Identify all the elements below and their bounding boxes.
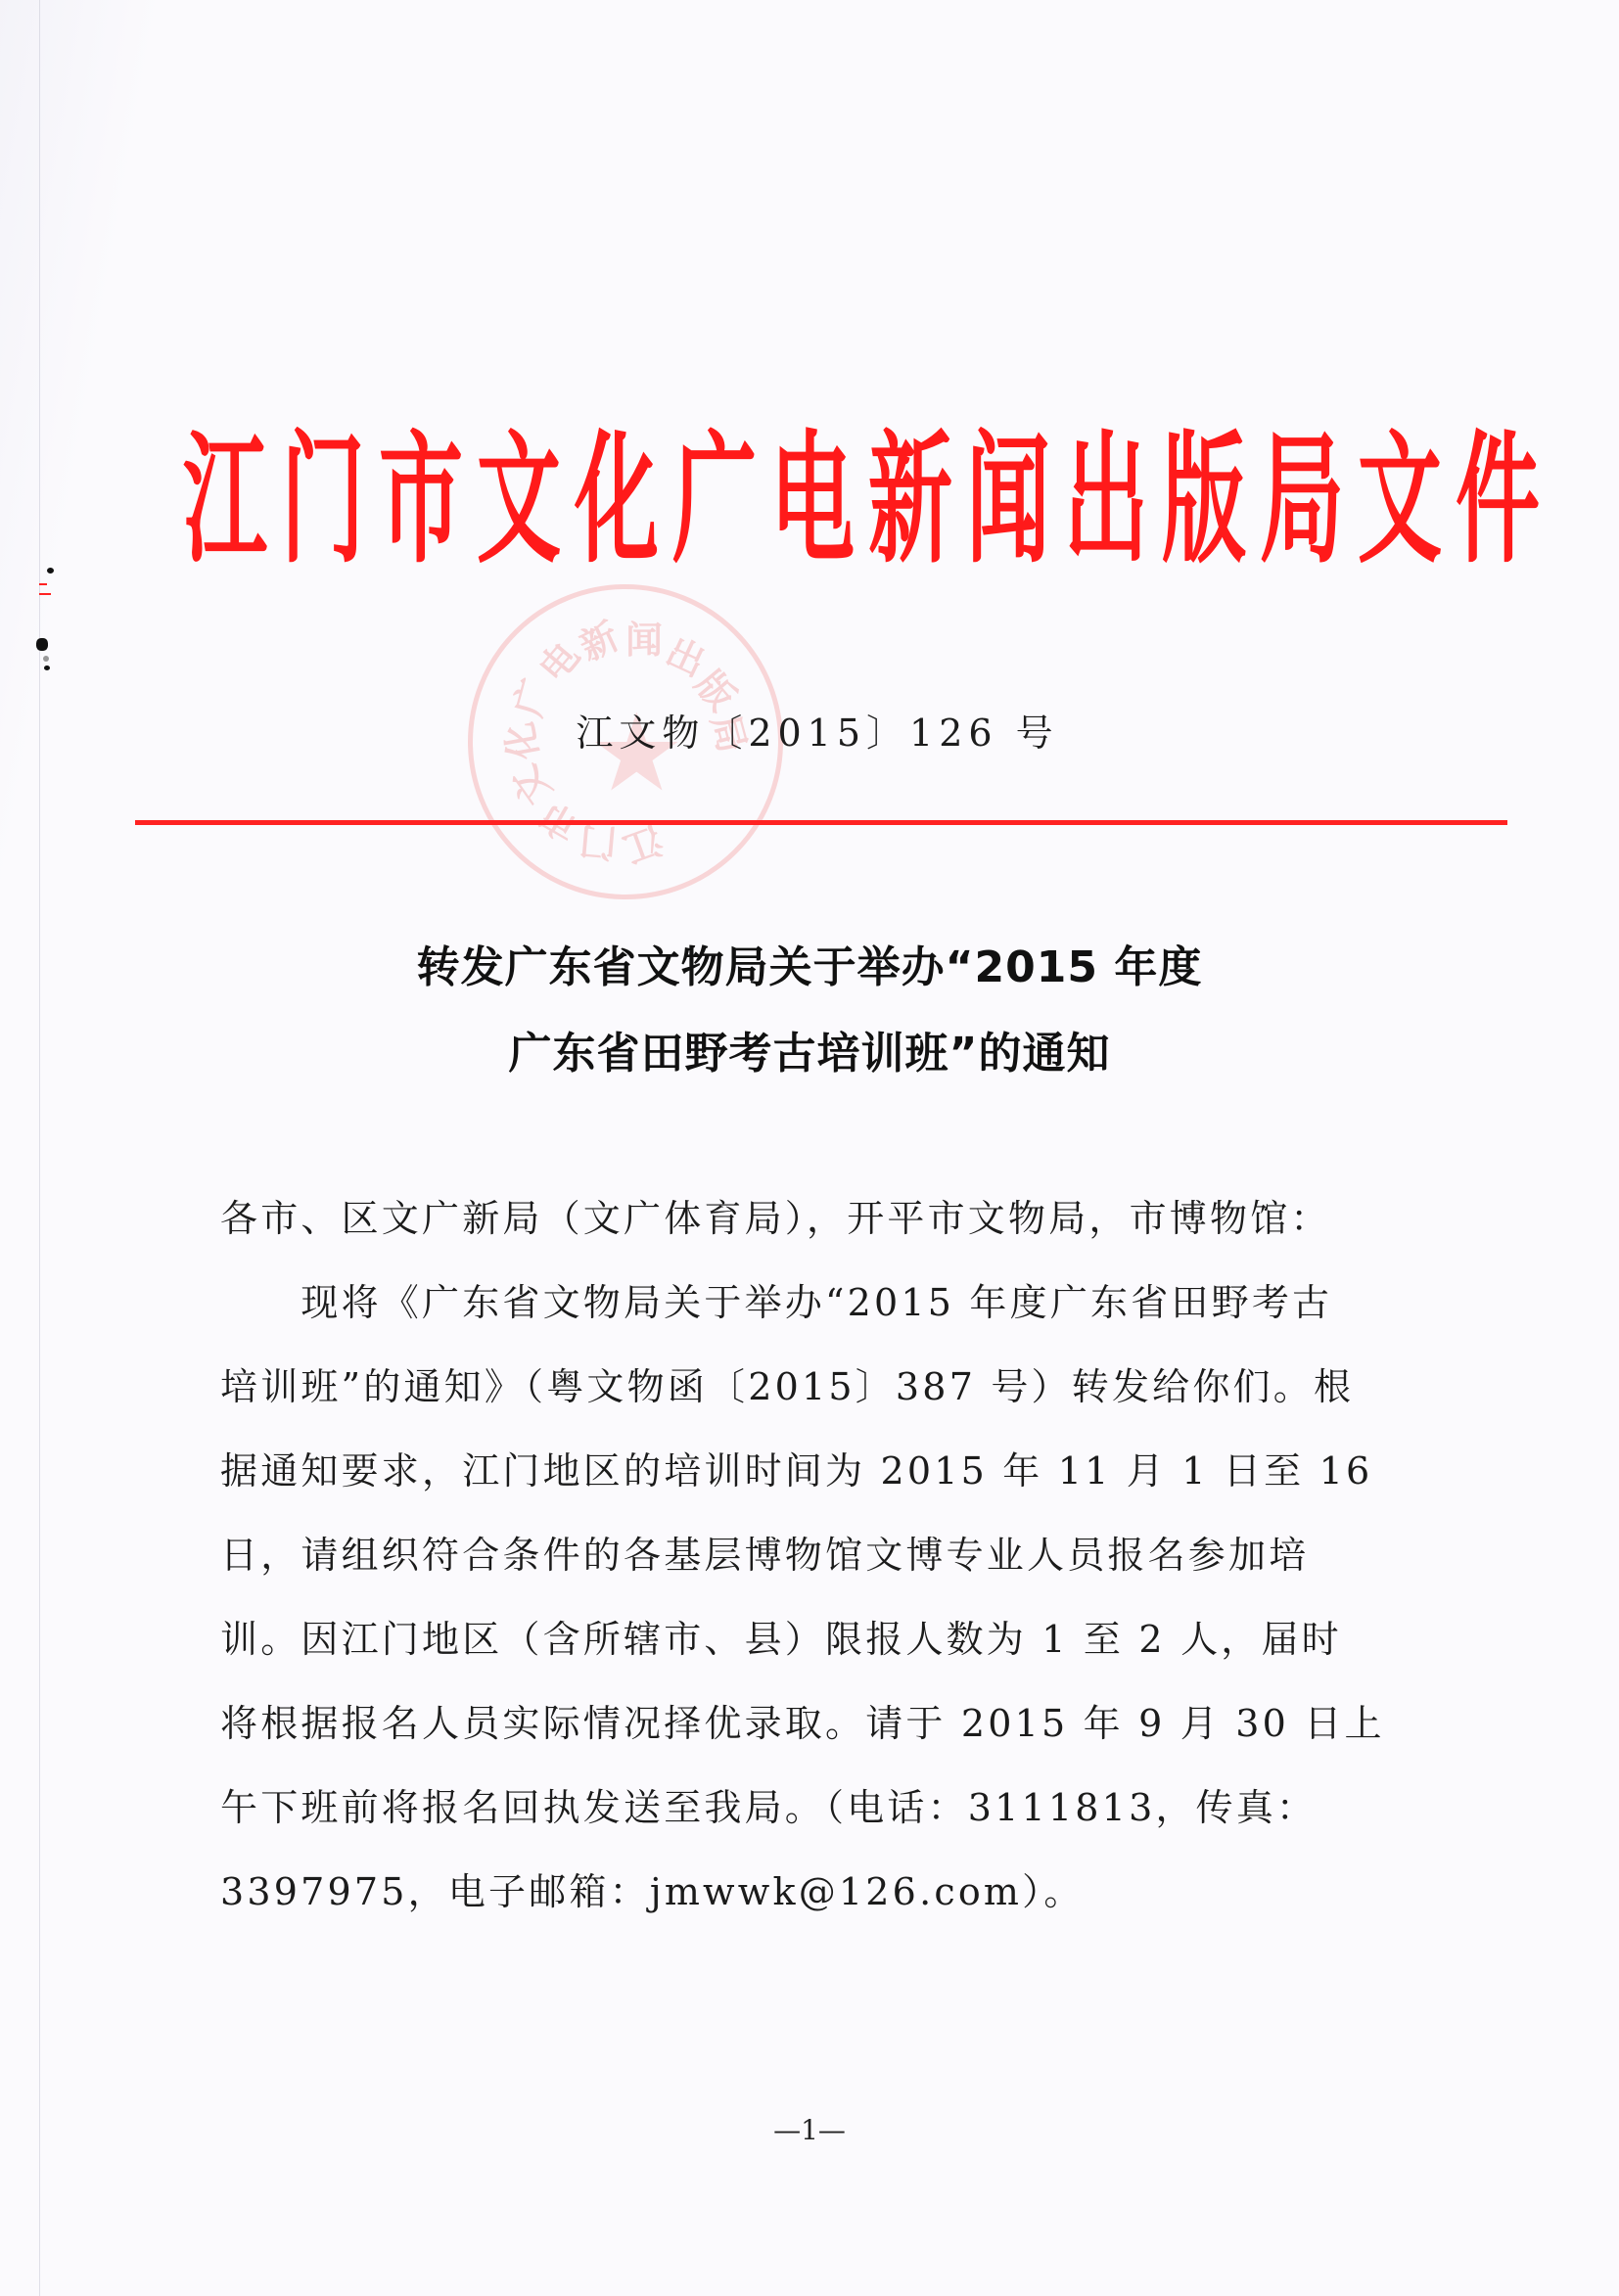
red-divider-rule (135, 820, 1507, 825)
header-char: 闻 (966, 429, 1050, 571)
binding-marks (35, 568, 65, 685)
body-line: 培训班”的通知》（粤文物函〔2015〕387 号）转发给你们。根 (220, 1356, 1405, 1410)
body-line: 现将《广东省文物局关于举办“2015 年度广东省田野考古 (220, 1272, 1405, 1326)
document-page: 江 门 市 文 化 广 电 新 闻 出 版 局 文 件 ★ 江 门 市 文 化 … (0, 0, 1619, 2296)
body-line: 午下班前将报名回执发送至我局。（电话：3111813，传真： (220, 1777, 1405, 1831)
issuer-header: 江 门 市 文 化 广 电 新 闻 出 版 局 文 件 (176, 421, 1468, 577)
body-line-salutation: 各市、区文广新局（文广体育局），开平市文物局，市博物馆： (220, 1188, 1405, 1242)
header-char: 文 (477, 429, 561, 571)
header-char: 江 (183, 429, 267, 571)
document-number: 江文物〔2015〕126 号 (0, 703, 1619, 757)
header-char: 新 (868, 429, 952, 571)
header-char: 出 (1064, 429, 1148, 571)
header-char: 化 (575, 429, 659, 571)
header-char: 版 (1162, 429, 1246, 571)
header-char: 广 (672, 429, 757, 571)
body-line: 据通知要求，江门地区的培训时间为 2015 年 11 月 1 日至 16 (220, 1441, 1405, 1494)
notice-title-line-1: 转发广东省文物局关于举办“2015 年度 (0, 932, 1619, 994)
body-line-contact: 3397975，电子邮箱：jmwwk@126.com）。 (220, 1861, 1405, 1915)
scan-edge-line (39, 0, 40, 2296)
body-line: 日，请组织符合条件的各基层博物馆文博专业人员报名参加培 (220, 1525, 1405, 1579)
body-line: 将根据报名人员实际情况择优录取。请于 2015 年 9 月 30 日上 (220, 1693, 1405, 1747)
header-char: 电 (770, 429, 855, 571)
header-char: 门 (281, 429, 365, 571)
header-char: 局 (1260, 429, 1344, 571)
header-char: 文 (1358, 429, 1442, 571)
header-char: 市 (379, 429, 463, 571)
header-char: 件 (1456, 429, 1540, 571)
body-line: 训。因江门地区（含所辖市、县）限报人数为 1 至 2 人，届时 (220, 1609, 1405, 1663)
notice-title-line-2: 广东省田野考古培训班”的通知 (0, 1018, 1619, 1080)
page-number: —1— (0, 2114, 1619, 2146)
